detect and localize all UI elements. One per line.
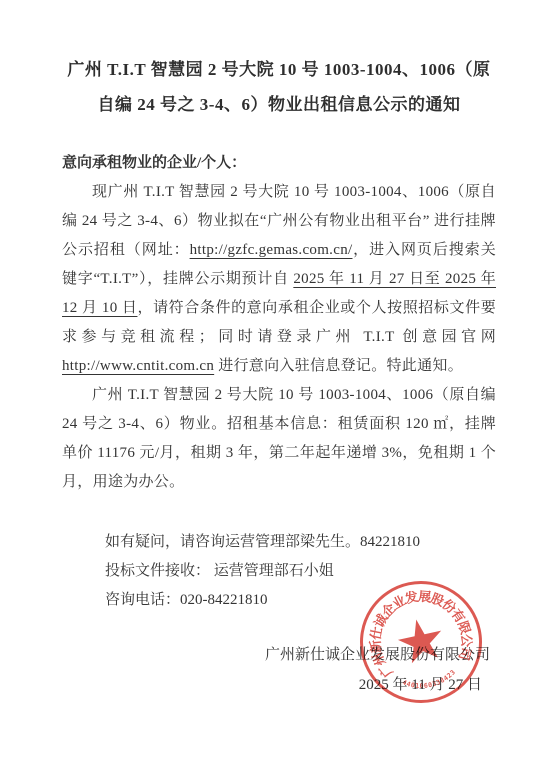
document-page: 广州 T.I.T 智慧园 2 号大院 10 号 1003-1004、1006（原… — [0, 0, 552, 783]
paragraph-rental-info: 广州 T.I.T 智慧园 2 号大院 10 号 1003-1004、1006（原… — [62, 381, 496, 497]
paragraph-announcement: 现广州 T.I.T 智慧园 2 号大院 10 号 1003-1004、1006（… — [62, 178, 496, 381]
page-title: 广州 T.I.T 智慧园 2 号大院 10 号 1003-1004、1006（原… — [62, 52, 496, 122]
signature-date: 2025 年 11 月 27 日 — [62, 670, 482, 700]
contact-phone-line: 咨询电话：020-84221810 — [105, 586, 496, 615]
signature-company-name: 广州新仕诚企业发展股份有限公司 — [62, 640, 490, 670]
contact-inquiry-line: 如有疑问，请咨询运营管理部梁先生。84221810 — [105, 528, 496, 557]
salutation-line: 意向承租物业的企业/个人： — [62, 149, 496, 178]
contact-block: 如有疑问，请咨询运营管理部梁先生。84221810 投标文件接收： 运营管理部石… — [62, 528, 496, 615]
contact-bid-reception-line: 投标文件接收： 运营管理部石小姐 — [105, 557, 496, 586]
signature-block: 广州新仕诚企业发展股份有限公司 2025 年 11 月 27 日 — [62, 640, 496, 700]
